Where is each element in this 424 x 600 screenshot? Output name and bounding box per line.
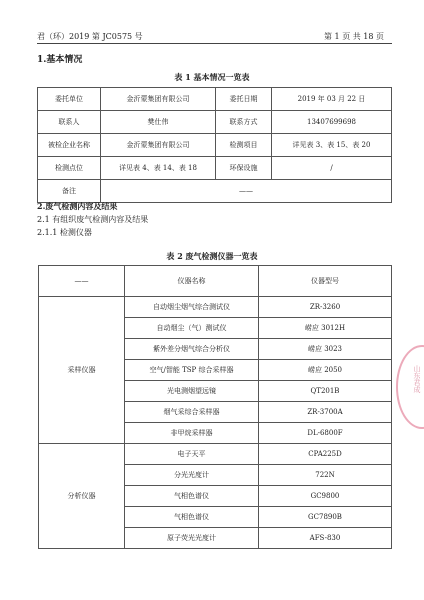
page-header: 君（环）2019 第 JC0575 号 第 1 页 共 18 页 — [37, 30, 392, 44]
table-row: 委托单位 金沂蒙集团有限公司 委托日期 2019 年 03 月 22 日 — [38, 88, 392, 111]
cell: 委托日期 — [216, 88, 272, 111]
cell: 崂应 3023 — [259, 339, 392, 360]
cell: CPA225D — [259, 444, 392, 465]
cell: 联系人 — [38, 111, 101, 134]
cell: ZR-3700A — [259, 402, 392, 423]
cell: 电子天平 — [125, 444, 259, 465]
cell: QT201B — [259, 381, 392, 402]
remark-value: —— — [101, 180, 392, 203]
table-1-caption: 表 1 基本情况一览表 — [0, 72, 424, 83]
page-number: 第 1 页 共 18 页 — [324, 31, 384, 42]
table-row: 联系人 樊仕伟 联系方式 13407699698 — [38, 111, 392, 134]
cell: 自动烟尘（气）测试仪 — [125, 318, 259, 339]
seal-text: 山东君成 — [412, 365, 422, 393]
instrument-table: —— 仪器名称 仪器型号 采样仪器 自动烟尘烟气综合测试仪 ZR-3260 自动… — [38, 265, 392, 549]
section-1-title: 1.基本情况 — [37, 52, 82, 65]
header-cell: 仪器型号 — [259, 266, 392, 297]
header-cell: 仪器名称 — [125, 266, 259, 297]
report-number: 君（环）2019 第 JC0575 号 — [37, 31, 143, 42]
cell: 联系方式 — [216, 111, 272, 134]
cell: 722N — [259, 465, 392, 486]
cell: 崂应 2050 — [259, 360, 392, 381]
cell: 烟气采综合采样器 — [125, 402, 259, 423]
category-sampling: 采样仪器 — [39, 297, 125, 444]
table-row: 检测点位 详见表 4、表 14、表 18 环保设施 / — [38, 157, 392, 180]
cell: 13407699698 — [272, 111, 392, 134]
category-analysis: 分析仪器 — [39, 444, 125, 549]
cell: 详见表 3、表 15、表 20 — [272, 134, 392, 157]
cell: 光电测烟望远镜 — [125, 381, 259, 402]
cell: 樊仕伟 — [101, 111, 216, 134]
cell: GC9800 — [259, 486, 392, 507]
cell: / — [272, 157, 392, 180]
official-seal-stamp: 山东君成 — [396, 345, 424, 429]
cell: AFS-830 — [259, 528, 392, 549]
cell: 金沂蒙集团有限公司 — [101, 134, 216, 157]
table-row: 分析仪器 电子天平 CPA225D — [39, 444, 392, 465]
header-cell: —— — [39, 266, 125, 297]
section-2-title: 2.废气检测内容及结果 — [37, 201, 117, 212]
table-header-row: —— 仪器名称 仪器型号 — [39, 266, 392, 297]
cell: 检测项目 — [216, 134, 272, 157]
cell: 非甲烷采样器 — [125, 423, 259, 444]
cell: 2019 年 03 月 22 日 — [272, 88, 392, 111]
cell: 环保设施 — [216, 157, 272, 180]
remark-label: 备注 — [38, 180, 101, 203]
cell: DL-6800F — [259, 423, 392, 444]
cell: 金沂蒙集团有限公司 — [101, 88, 216, 111]
cell: 原子荧光光度计 — [125, 528, 259, 549]
cell: 被检企业名称 — [38, 134, 101, 157]
cell: GC7890B — [259, 507, 392, 528]
table-2-caption: 表 2 废气检测仪器一览表 — [0, 251, 424, 262]
cell: 详见表 4、表 14、表 18 — [101, 157, 216, 180]
cell: 气相色谱仪 — [125, 507, 259, 528]
basic-info-table: 委托单位 金沂蒙集团有限公司 委托日期 2019 年 03 月 22 日 联系人… — [37, 87, 392, 203]
cell: 气相色谱仪 — [125, 486, 259, 507]
table-row: 备注 —— — [38, 180, 392, 203]
cell: 空气/智能 TSP 综合采样器 — [125, 360, 259, 381]
table-row: 被检企业名称 金沂蒙集团有限公司 检测项目 详见表 3、表 15、表 20 — [38, 134, 392, 157]
cell: 委托单位 — [38, 88, 101, 111]
section-2-1-1-title: 2.1.1 检测仪器 — [37, 227, 92, 238]
section-2-1-title: 2.1 有组织废气检测内容及结果 — [37, 214, 148, 225]
table-row: 采样仪器 自动烟尘烟气综合测试仪 ZR-3260 — [39, 297, 392, 318]
cell: ZR-3260 — [259, 297, 392, 318]
cell: 自动烟尘烟气综合测试仪 — [125, 297, 259, 318]
cell: 分光光度计 — [125, 465, 259, 486]
cell: 紫外差分烟气综合分析仪 — [125, 339, 259, 360]
cell: 检测点位 — [38, 157, 101, 180]
cell: 崂应 3012H — [259, 318, 392, 339]
